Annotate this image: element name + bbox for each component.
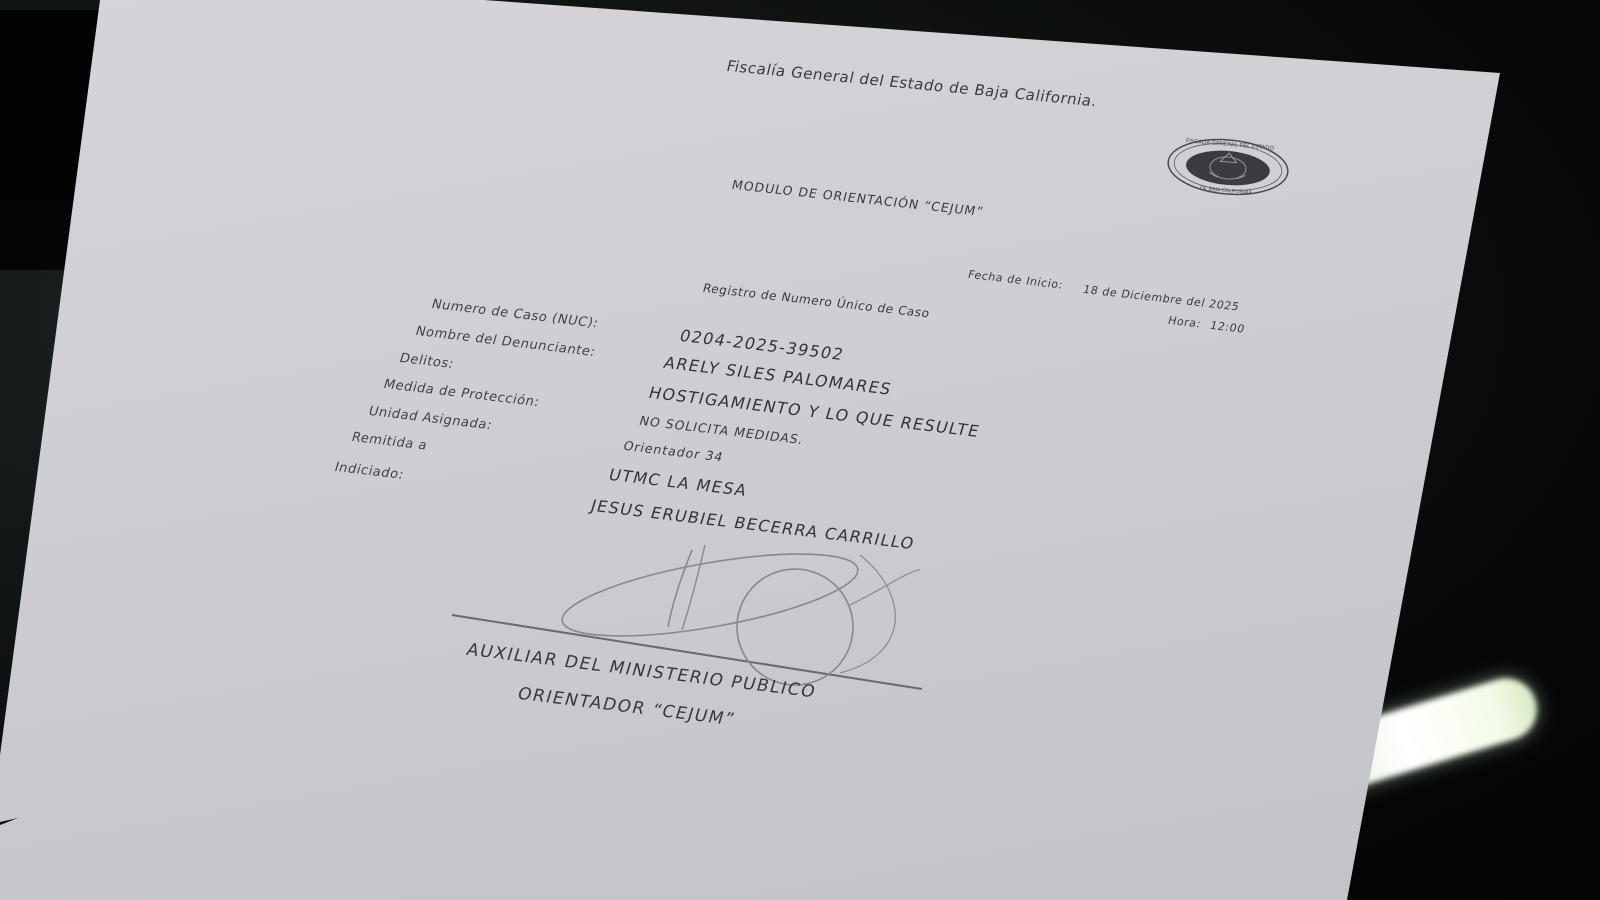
printed-document-page: [0, 0, 1600, 900]
official-seal-icon: FISCALIA GENERAL DEL ESTADO DE BAJA CALI…: [1164, 133, 1293, 202]
photo-scene: Fiscalía General del Estado de Baja Cali…: [0, 0, 1600, 900]
